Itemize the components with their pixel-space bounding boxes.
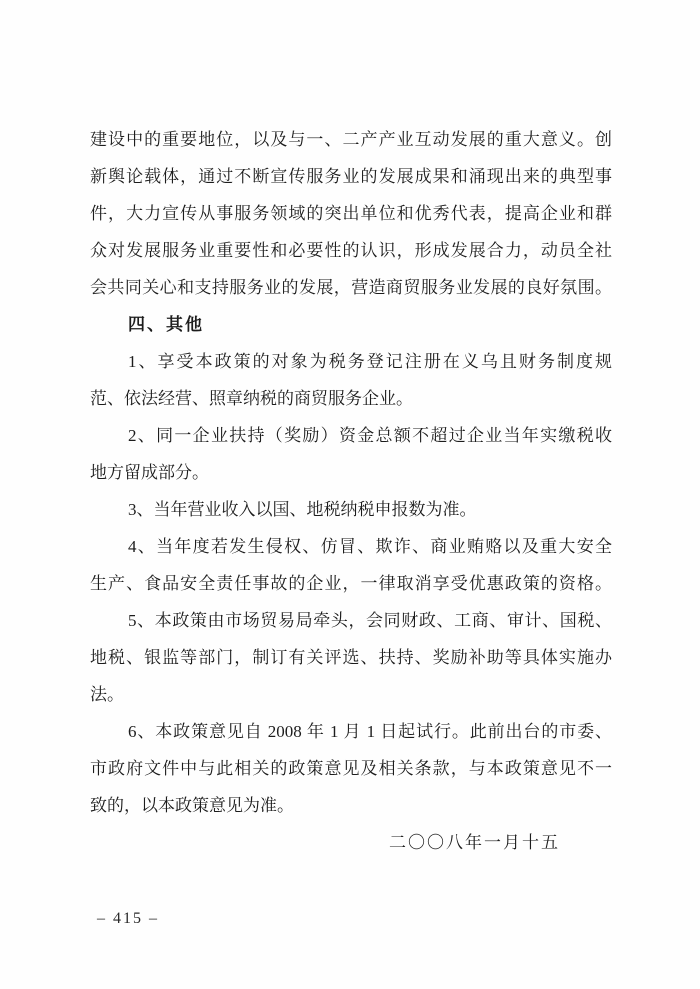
body-line: 会共同关心和支持服务业的发展，营造商贸服务业发展的良好氛围。	[90, 269, 612, 306]
document-page: 建设中的重要地位，以及与一、二产产业互动发展的重大意义。创 新舆论载体，通过不断…	[0, 0, 700, 989]
body-line: 范、依法经营、照章纳税的商贸服务企业。	[90, 380, 612, 417]
section-heading: 四、其他	[90, 306, 612, 343]
body-line: 建设中的重要地位，以及与一、二产产业互动发展的重大意义。创	[90, 121, 612, 158]
body-line: 致的，以本政策意见为准。	[90, 787, 612, 824]
page-number: – 415 –	[97, 910, 159, 928]
body-line: 生产、食品安全责任事故的企业，一律取消享受优惠政策的资格。	[90, 565, 612, 602]
document-body: 建设中的重要地位，以及与一、二产产业互动发展的重大意义。创 新舆论载体，通过不断…	[90, 121, 612, 861]
body-line: 市政府文件中与此相关的政策意见及相关条款，与本政策意见不一	[90, 750, 612, 787]
body-line: 1、享受本政策的对象为税务登记注册在义乌且财务制度规	[90, 343, 612, 380]
body-line: 3、当年营业收入以国、地税纳税申报数为准。	[90, 491, 612, 528]
body-line: 4、当年度若发生侵权、仿冒、欺诈、商业贿赂以及重大安全	[90, 528, 612, 565]
body-line: 2、同一企业扶持（奖励）资金总额不超过企业当年实缴税收	[90, 417, 612, 454]
body-line: 众对发展服务业重要性和必要性的认识，形成发展合力，动员全社	[90, 232, 612, 269]
body-line: 地税、银监等部门，制订有关评选、扶持、奖励补助等具体实施办	[90, 639, 612, 676]
signature-date: 二〇〇八年一月十五	[90, 824, 612, 861]
body-line: 件，大力宣传从事服务领域的突出单位和优秀代表，提高企业和群	[90, 195, 612, 232]
body-line: 地方留成部分。	[90, 454, 612, 491]
body-line: 新舆论载体，通过不断宣传服务业的发展成果和涌现出来的典型事	[90, 158, 612, 195]
body-line: 5、本政策由市场贸易局牵头，会同财政、工商、审计、国税、	[90, 602, 612, 639]
body-line: 法。	[90, 676, 612, 713]
body-line: 6、本政策意见自 2008 年 1 月 1 日起试行。此前出台的市委、	[90, 713, 612, 750]
